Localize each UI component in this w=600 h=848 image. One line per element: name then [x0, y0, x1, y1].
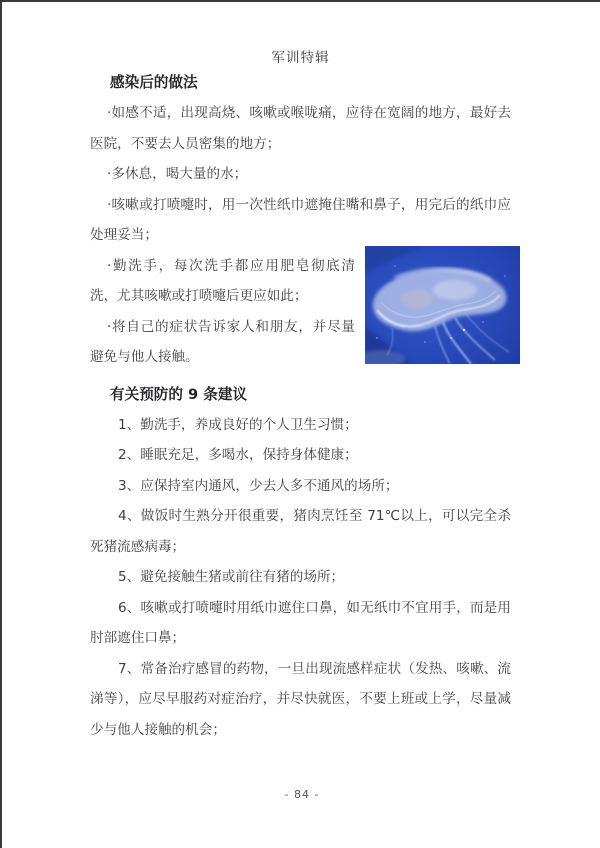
bullet-paragraph: ·多休息，喝大量的水； — [90, 159, 511, 190]
list-item: 2、睡眠充足，多喝水，保持身体健康； — [90, 440, 511, 471]
section-heading-prevention-tips: 有关预防的 9 条建议 — [90, 380, 511, 410]
jellyfish-illustration — [365, 246, 520, 364]
section-heading-after-infection: 感染后的做法 — [90, 68, 511, 98]
bullet-paragraph: ·咳嗽或打喷嚏时，用一次性纸巾遮掩住嘴和鼻子，用完后的纸巾应处理妥当； — [90, 190, 511, 251]
list-item: 4、做饭时生熟分开很重要，猪肉烹饪至 71℃以上，可以完全杀死猪流感病毒； — [90, 501, 511, 562]
list-item: 7、常备治疗感冒的药物，一旦出现流感样症状（发热、咳嗽、流涕等），应尽早服药对症… — [90, 654, 511, 746]
bullet-paragraph: ·如感不适，出现高烧、咳嗽或喉咙痛，应待在宽阔的地方，最好去医院，不要去人员密集… — [90, 98, 511, 159]
document-body: 感染后的做法 ·如感不适，出现高烧、咳嗽或喉咙痛，应待在宽阔的地方，最好去医院，… — [90, 68, 511, 745]
page-number: - 84 - — [2, 788, 600, 801]
jellyfish-photo — [365, 246, 520, 364]
list-item: 3、应保持室内通风，少去人多不通风的场所； — [90, 471, 511, 502]
document-page: 军训特辑 感染后的做法 ·如感不适，出现高烧、咳嗽或喉咙痛，应待在宽阔的地方，最… — [0, 0, 600, 848]
list-item: 5、避免接触生猪或前往有猪的场所； — [90, 562, 511, 593]
list-item: 6、咳嗽或打喷嚏时用纸巾遮住口鼻，如无纸巾不宜用手，而是用肘部遮住口鼻； — [90, 593, 511, 654]
list-item: 1、勤洗手，养成良好的个人卫生习惯； — [90, 410, 511, 441]
page-title: 军训特辑 — [90, 46, 511, 66]
